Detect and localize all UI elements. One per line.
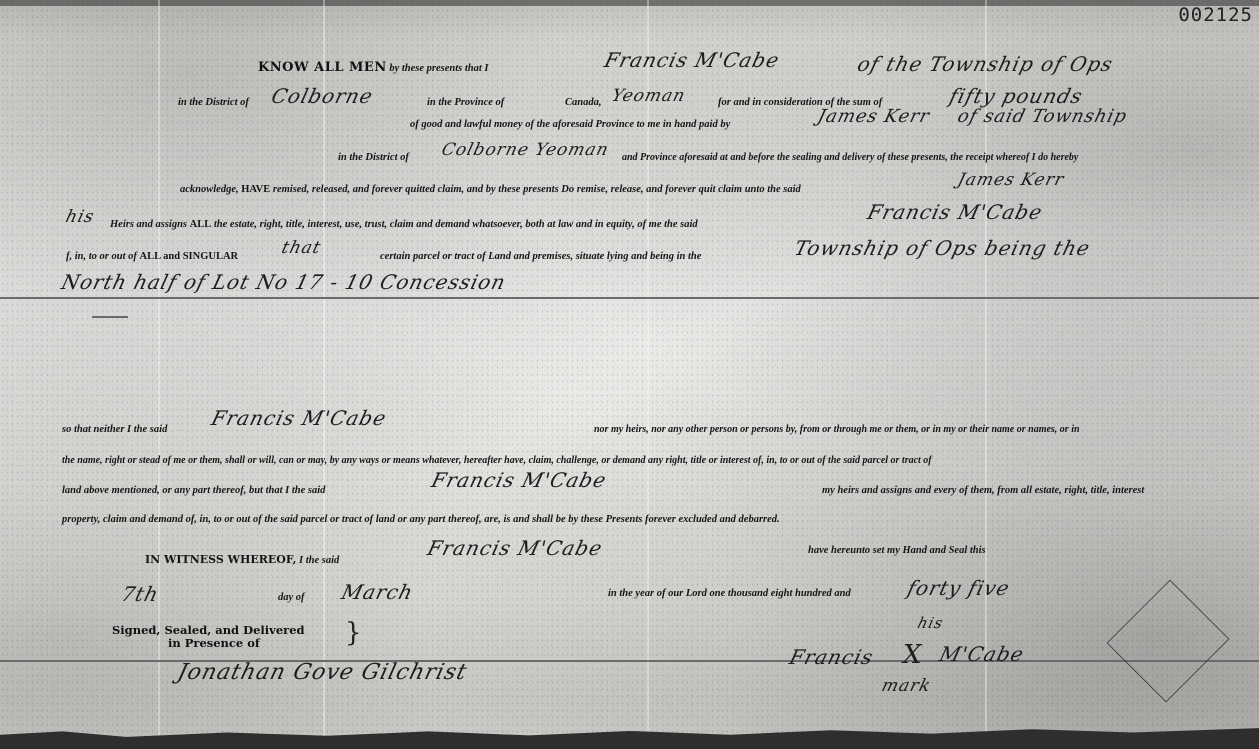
deed-document: 002125 KNOW ALL MEN by these presents th…	[0, 0, 1259, 749]
printed-text: in the District of	[178, 97, 249, 108]
paper-fold	[647, 0, 649, 749]
mark-signature-first: Francis	[787, 645, 876, 669]
printed-text: f, in, to or out of ALL and SINGULAR	[66, 251, 238, 262]
lot-description: North half of Lot No 17 - 10 Concession	[59, 270, 509, 294]
mark-word: mark	[880, 676, 934, 696]
dash-mark	[92, 316, 128, 318]
brace-symbol: }	[345, 618, 362, 648]
grantor-residence: of the Township of Ops	[855, 52, 1116, 76]
occupation: Yeoman	[610, 86, 688, 106]
mark-x: X	[903, 640, 923, 670]
document-number: 002125	[1178, 4, 1253, 26]
his-word: his	[64, 207, 97, 227]
sum-amount: fifty pounds	[947, 84, 1086, 108]
printed-text: and Province aforesaid at and before the…	[622, 152, 1078, 163]
printed-text: day of	[278, 592, 305, 603]
printed-text: land above mentioned, or any part thereo…	[62, 485, 325, 496]
signed-sealed-label: Signed, Sealed, and Delivered in Presenc…	[112, 624, 305, 650]
mark-his: his	[916, 614, 946, 632]
grantor-name-5: Francis M'Cabe	[425, 536, 605, 560]
blank-line	[0, 297, 1259, 299]
printed-text: my heirs and assigns and every of them, …	[822, 485, 1144, 496]
grantor-name-2: Francis M'Cabe	[865, 200, 1045, 224]
grantor-name: Francis M'Cabe	[602, 48, 782, 72]
printed-text: nor my heirs, nor any other person or pe…	[594, 424, 1080, 435]
header-line: KNOW ALL MEN by these presents that I	[258, 60, 489, 75]
district-name: Colborne	[269, 84, 376, 108]
grantee-residence: of said Township	[955, 106, 1129, 127]
grantee-district: Colborne Yeoman	[440, 140, 612, 160]
printed-text: of good and lawful money of the aforesai…	[410, 119, 730, 130]
witness-clause: IN WITNESS WHEREOF, I the said	[145, 553, 339, 566]
witness-signature: Jonathan Gove Gilchrist	[175, 660, 470, 685]
day-value: 7th	[119, 582, 162, 606]
printed-text: Canada,	[565, 97, 601, 108]
grantor-name-4: Francis M'Cabe	[429, 468, 609, 492]
grantee-name-repeat: James Kerr	[956, 170, 1067, 190]
printed-text: property, claim and demand of, in, to or…	[62, 514, 780, 525]
printed-text: so that neither I the said	[62, 424, 167, 435]
printed-text: acknowledge, HAVE remised, released, and…	[180, 184, 801, 195]
grantor-name-3: Francis M'Cabe	[209, 406, 389, 430]
month-value: March	[339, 580, 416, 604]
printed-text: the name, right or stead of me or them, …	[62, 455, 932, 466]
mark-signature-last: M'Cabe	[937, 642, 1027, 666]
printed-text: in the Province of	[427, 97, 504, 108]
printed-text: certain parcel or tract of Land and prem…	[380, 251, 701, 262]
printed-text: in the year of our Lord one thousand eig…	[608, 588, 851, 599]
scan-top-edge	[0, 0, 1259, 6]
printed-text: in the District of	[338, 152, 409, 163]
grantee-name: James Kerr	[815, 106, 932, 127]
land-location: Township of Ops being the	[792, 236, 1093, 260]
printed-text: Heirs and assigns ALL the estate, right,…	[110, 219, 698, 230]
printed-text: have hereunto set my Hand and Seal this	[808, 545, 986, 556]
that-word: that	[280, 238, 324, 258]
year-words: forty five	[905, 576, 1013, 600]
know-all-men-heading: KNOW ALL MEN	[258, 60, 387, 75]
paper-fold	[323, 0, 325, 749]
